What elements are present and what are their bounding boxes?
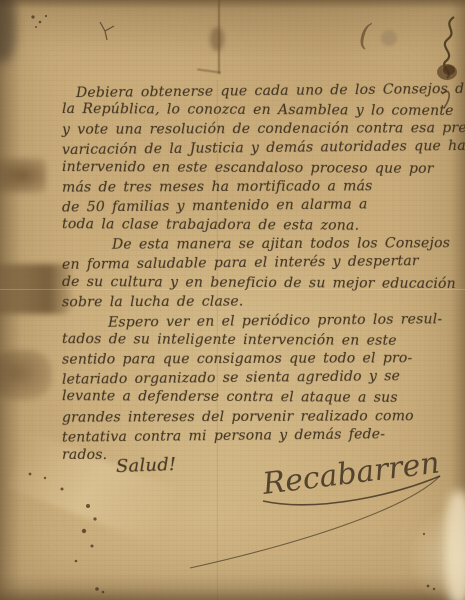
- signature-flourish: Recabarren: [168, 438, 465, 588]
- letter-line: en forma saludable para el interés y des…: [62, 254, 419, 273]
- letter-line: toda la clase trabajadora de esta zona.: [62, 217, 359, 234]
- stain-left-band-3: [0, 350, 52, 400]
- letter-line: la República, lo conozca en Asamblea y l…: [62, 102, 454, 119]
- letter-line: De esta manera se ajitan todos los Conse…: [112, 236, 450, 253]
- letter-line: intervenido en este escandaloso proceso …: [62, 160, 434, 177]
- letter-line: de 50 familias y mantenido en alarma a: [62, 197, 368, 216]
- stain-left-band-1: [0, 158, 46, 193]
- signature-text: Recabarren: [260, 446, 442, 503]
- letter-line: tados de su inteligente intervención en …: [62, 332, 397, 349]
- fold-mark-smudge: [210, 27, 224, 51]
- pen-mark-paren: (: [358, 18, 372, 54]
- stain-top-left-corner: [0, 0, 16, 62]
- letter-line: levante a defenderse contra el ataque a …: [62, 390, 398, 407]
- letter-line: más de tres meses ha mortificado a más: [62, 179, 373, 196]
- letter-line: y vote una resolución de condenación con…: [62, 121, 465, 138]
- letter-line: varicación de la Justicia y demás autori…: [62, 139, 465, 159]
- letter-line: sobre la lucha de clase.: [62, 294, 244, 310]
- letter-line: Espero ver en el periódico pronto los re…: [108, 312, 443, 331]
- ink-blot: [381, 30, 397, 46]
- letter-line: grandes intereses del porvenir realizado…: [62, 409, 414, 426]
- margin-scribble: [434, 14, 464, 114]
- letter-line: sentido para que consigamos que todo el …: [62, 351, 413, 368]
- letter-line: de su cultura y en beneficio de su mejor…: [62, 274, 456, 291]
- letter-line: letariado organizado se sienta agredido …: [62, 369, 400, 388]
- signature-block: Recabarren: [168, 438, 465, 588]
- letter-line: rados.: [62, 448, 107, 464]
- letter-line: Debiera obtenerse que cada uno de los Co…: [76, 82, 465, 102]
- branch-pen-mark: [100, 22, 114, 40]
- letter-photo: ( Debiera obtenerse que cada uno de los …: [0, 0, 465, 600]
